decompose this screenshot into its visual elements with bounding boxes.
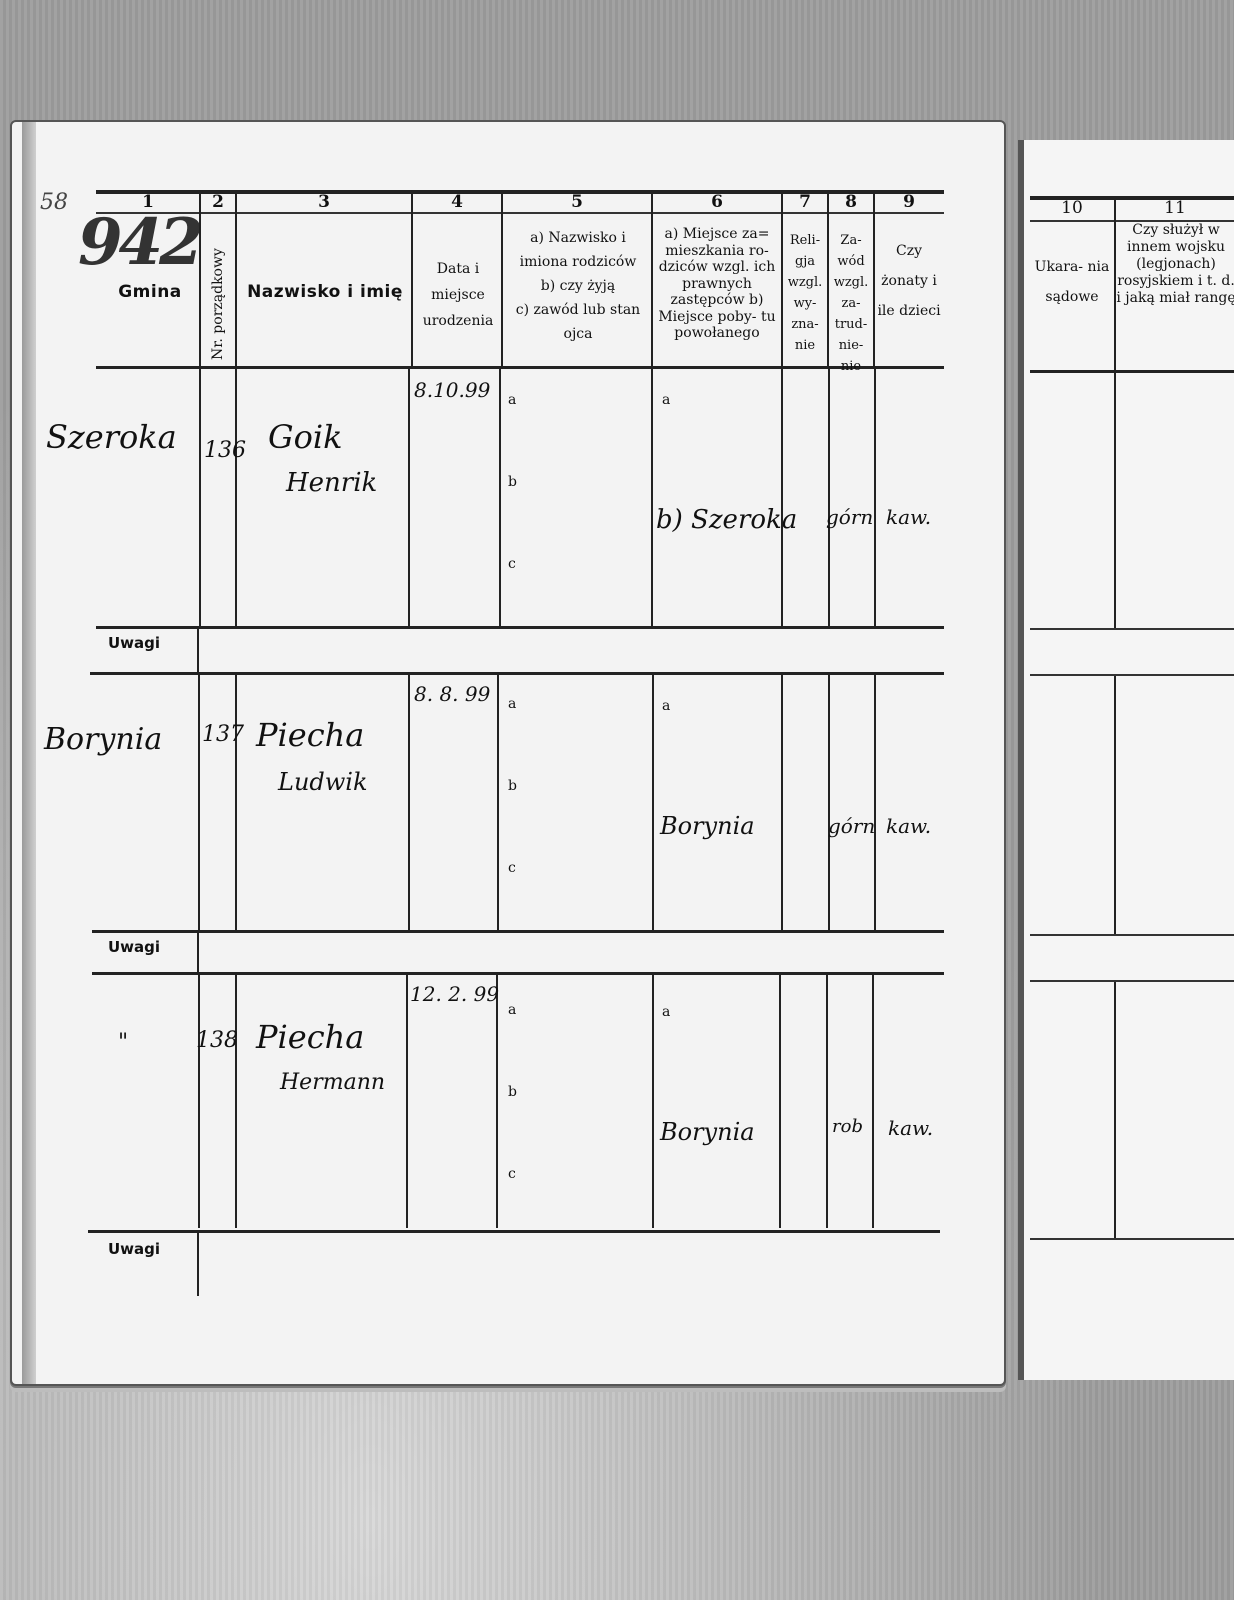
row-rule [90, 672, 944, 675]
row-divider [828, 674, 830, 930]
remarks-divider [197, 626, 199, 672]
row-rule [96, 626, 944, 629]
nr-value: 138 [196, 1028, 238, 1053]
birth-date-value: 12. 2. 99 [410, 982, 499, 1006]
sub-label-b: b [508, 474, 517, 490]
header-nr-porzadkowy: Nr. porządkowy [210, 248, 226, 360]
row-divider [198, 974, 200, 1228]
col-num-6: 6 [652, 192, 782, 212]
row-divider [408, 674, 410, 930]
row-divider [826, 974, 828, 1228]
row-divider [235, 974, 237, 1228]
row-divider [779, 974, 781, 1228]
right-row-rule [1030, 628, 1234, 630]
right-page [1018, 140, 1234, 1380]
right-row-rule [1030, 934, 1234, 936]
row-divider [199, 368, 201, 626]
row-divider [235, 368, 237, 626]
header-number-rule [96, 212, 944, 214]
header-czy-sluzyl: Czy służył w innem wojsku (legjonach) ro… [1116, 222, 1234, 307]
col-num-7: 7 [782, 192, 828, 212]
col-num-5: 5 [502, 192, 652, 212]
col-num-2: 2 [200, 192, 236, 212]
sub-label-c: c [508, 556, 516, 572]
header-zawod: Za- wód wzgl. za- trud- nie- nie [830, 230, 872, 377]
birth-date-value: 8. 8. 99 [414, 682, 490, 706]
header-divider [651, 194, 653, 366]
remarks-divider [197, 1230, 199, 1296]
header-divider [781, 194, 783, 366]
row-divider [406, 974, 408, 1228]
row-divider [781, 674, 783, 930]
header-zonaty: Czy żonaty i ile dzieci [876, 236, 942, 326]
gmina-ditto-value: " [118, 1030, 128, 1055]
header-bottom-rule [96, 366, 944, 369]
gmina-value: Borynia [44, 722, 162, 757]
row-divider [652, 674, 654, 930]
row-rule [92, 930, 944, 933]
sub-label-b: b [508, 1084, 517, 1100]
marital-value: kaw. [886, 814, 931, 838]
header-rodzice-a: a) Nazwisko i [504, 226, 652, 250]
header-divider [873, 194, 875, 366]
col-num-10: 10 [1030, 198, 1114, 218]
header-divider [199, 194, 201, 366]
row-divider [198, 674, 200, 930]
row-divider [496, 974, 498, 1228]
right-divider [1114, 982, 1116, 1238]
row-rule [88, 1230, 940, 1233]
sub-label-a: a [508, 392, 516, 408]
sub-label-a: a [662, 392, 670, 408]
surname-value: Piecha [256, 716, 364, 754]
sub-label-c: c [508, 860, 516, 876]
header-data-urodzenia: Data i miejsce urodzenia [414, 256, 502, 334]
remarks-label: Uwagi [108, 938, 160, 956]
row-divider [408, 368, 410, 626]
header-miejsce-zamieszkania: a) Miejsce za= mieszkania ro- dziców wzg… [654, 226, 780, 342]
header-divider [411, 194, 413, 366]
header-divider [235, 194, 237, 366]
row-divider [781, 368, 783, 626]
pencil-page-number: 58 [40, 190, 68, 215]
header-rodzice-c2: ojca [504, 322, 652, 346]
surname-value: Goik [268, 418, 342, 456]
given-name-value: Henrik [286, 468, 377, 498]
row-divider [874, 368, 876, 626]
stamp-number: 942 [78, 205, 200, 280]
col-num-11: 11 [1116, 198, 1234, 218]
nr-value: 137 [202, 722, 244, 747]
col-num-1: 1 [96, 192, 200, 212]
right-row-rule [1030, 674, 1234, 676]
col-num-3: 3 [236, 192, 412, 212]
nr-value: 136 [204, 438, 246, 463]
row-rule [92, 972, 944, 975]
remarks-label: Uwagi [108, 1240, 160, 1258]
surname-value: Piecha [256, 1018, 364, 1056]
right-header-bottom-rule [1030, 370, 1234, 373]
col-num-8: 8 [828, 192, 874, 212]
header-divider [501, 194, 503, 366]
header-gmina: Gmina [110, 284, 190, 300]
remarks-label: Uwagi [108, 634, 160, 652]
header-nazwisko-imie: Nazwisko i imię [240, 284, 410, 300]
occupation-value: górn [826, 505, 873, 529]
row-divider [828, 368, 830, 626]
sub-label-a: a [662, 698, 670, 714]
residence-value: Borynia [660, 1118, 755, 1146]
row-divider [652, 974, 654, 1228]
residence-value: Borynia [660, 812, 755, 840]
occupation-value: rob [832, 1116, 863, 1137]
right-divider [1114, 676, 1116, 934]
right-row-rule [1030, 1238, 1234, 1240]
remarks-divider [197, 930, 199, 972]
row-divider [874, 674, 876, 930]
row-divider [651, 368, 653, 626]
sub-label-a: a [508, 696, 516, 712]
sub-label-c: c [508, 1166, 516, 1182]
row-divider [235, 674, 237, 930]
header-religja: Reli- gja wzgl. wy- zna- nie [784, 230, 826, 356]
row-divider [499, 368, 501, 626]
marital-value: kaw. [888, 1116, 933, 1140]
header-rodzice: a) Nazwisko i imiona rodziców b) czy żyj… [504, 226, 652, 346]
marital-value: kaw. [886, 505, 931, 529]
occupation-value: górn [828, 814, 875, 838]
sub-label-a: a [662, 1004, 670, 1020]
header-ukarania: Ukara- nia sądowe [1032, 252, 1112, 312]
residence-value: b) Szeroka [656, 505, 797, 535]
header-rodzice-a2: imiona rodziców [504, 250, 652, 274]
sub-label-b: b [508, 778, 517, 794]
col-num-9: 9 [874, 192, 944, 212]
birth-date-value: 8.10.99 [414, 378, 490, 402]
header-divider [827, 194, 829, 366]
gmina-value: Szeroka [46, 418, 177, 456]
sub-label-a: a [508, 1002, 516, 1018]
given-name-value: Hermann [280, 1070, 385, 1095]
col-num-4: 4 [412, 192, 502, 212]
row-divider [872, 974, 874, 1228]
given-name-value: Ludwik [278, 768, 368, 796]
row-divider [497, 674, 499, 930]
right-row-rule [1030, 980, 1234, 982]
header-rodzice-b: b) czy żyją [504, 274, 652, 298]
header-rodzice-c: c) zawód lub stan [504, 298, 652, 322]
